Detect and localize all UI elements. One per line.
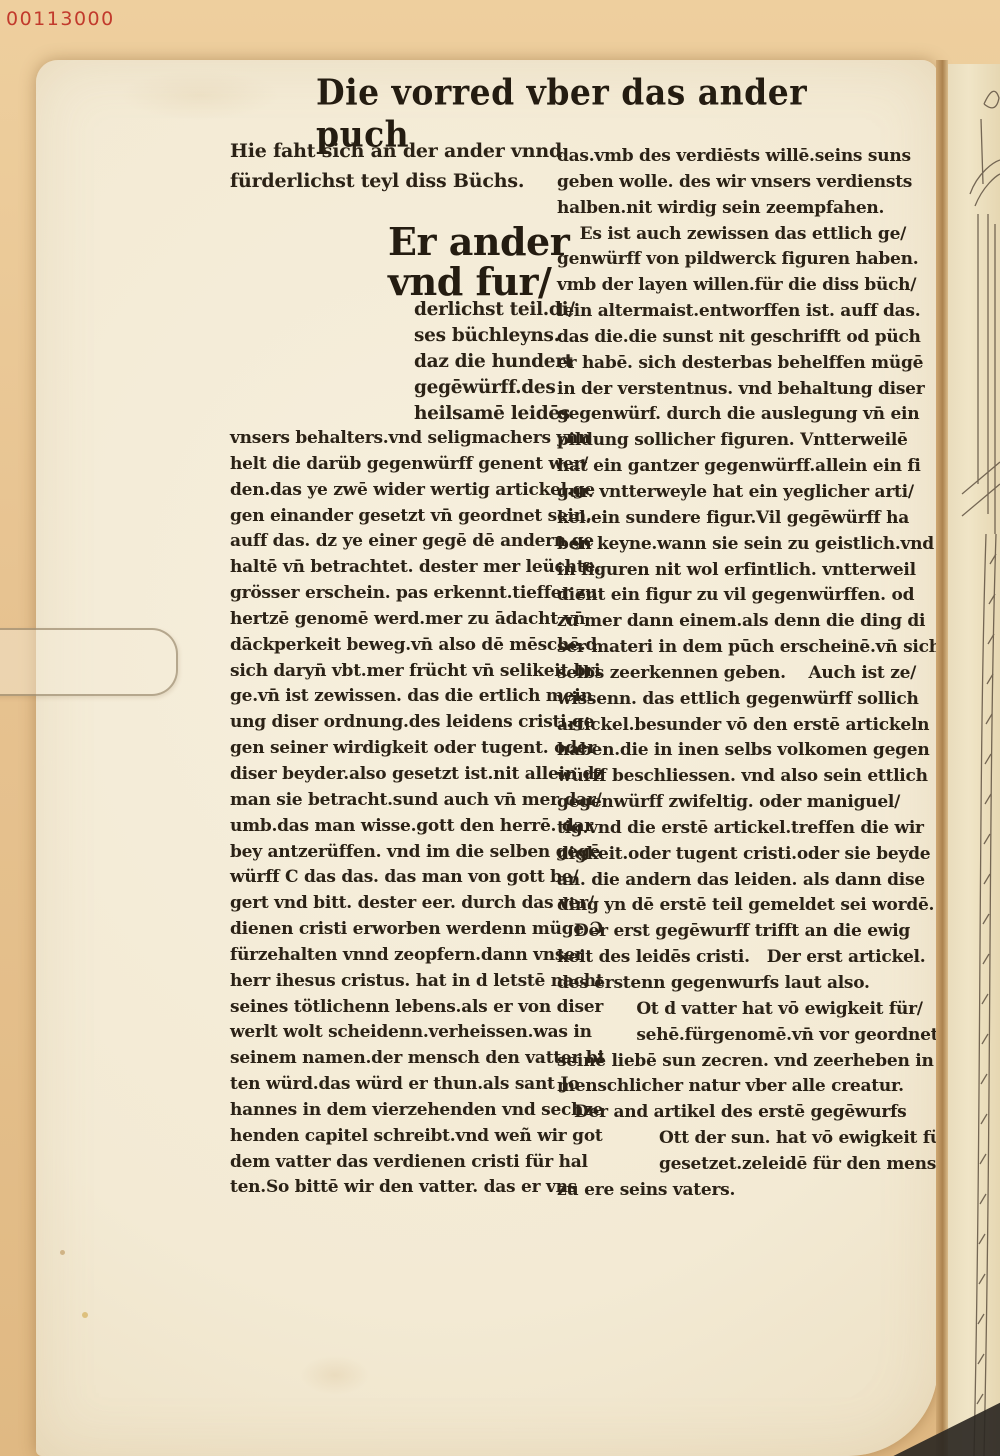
- text-line: dienen cristi erworben werdenn müge Ɔ: [230, 917, 560, 943]
- text-line: gur. vntterweyle hat ein yeglicher arti/: [557, 480, 909, 506]
- paper-stain: [848, 640, 852, 644]
- text-line: tig.vnd die erstē artickel.treffen die w…: [557, 816, 909, 842]
- text-line: geben wolle. des wir vnsers verdiensts: [557, 170, 909, 196]
- text-line: ben keyne.wann sie sein zu geistlich.vnd: [557, 532, 909, 558]
- paper-stain: [300, 1355, 370, 1395]
- text-line: Ott der sun. hat vō ewigkeit für: [557, 1126, 909, 1152]
- text-line: menschlicher natur vber alle creatur.: [557, 1074, 909, 1100]
- text-line: gen einander gesetzt vn̄ geordnet sein.: [230, 504, 560, 530]
- text-line: gesetzet.zeleidē für den menschē.: [557, 1152, 909, 1178]
- text-line: des erstenn gegenwurfs laut also.: [557, 971, 909, 997]
- text-line: dem vatter das verdienen cristi für hal: [230, 1150, 560, 1176]
- text-line: Es ist auch zewissen das ettlich ge/: [557, 222, 909, 248]
- paper-stain: [82, 1312, 88, 1318]
- text-line: fürderlichst teyl diss Büchs.: [230, 166, 560, 196]
- text-line: artickel.besunder vō den erstē artickeln: [557, 713, 909, 739]
- text-line: hat ein gantzer gegenwürff.allein ein fi: [557, 454, 909, 480]
- book-page: Die vorred vber das ander puch Hie faht …: [36, 60, 938, 1456]
- text-line: Der erst gegēwurff trifft an die ewig: [557, 919, 909, 945]
- text-line: hertzē genomē werd.mer zu ādacht vn̄: [230, 607, 560, 633]
- text-line: halben.nit wirdig sein zeempfahen.: [557, 196, 909, 222]
- text-line: lein altermaist.entworffen ist. auff das…: [557, 299, 909, 325]
- paper-stain: [60, 1250, 65, 1255]
- text-line: gegenwürf. durch die auslegung vn̄ ein: [557, 402, 909, 428]
- text-line: auff das. dz ye einer gegē dē andern ge: [230, 529, 560, 555]
- text-line: haben.die in inen selbs volkomen gegen: [557, 738, 909, 764]
- text-line: pildung sollicher figuren. Vntterweilē: [557, 428, 909, 454]
- text-line: vnsers behalters.vnd seligmachers ynn: [230, 426, 560, 452]
- text-line: wissenn. das ettlich gegenwürff sollich: [557, 687, 909, 713]
- text-line: bey antzerüffen. vnd im die selben gegē: [230, 840, 560, 866]
- text-line: diser beyder.also gesetzt ist.nit allein…: [230, 762, 560, 788]
- text-line: helt die darüb gegenwürff genent wer/: [230, 452, 560, 478]
- text-line: würff beschliessen. vnd also sein ettlic…: [557, 764, 909, 790]
- text-line: er habē. sich desterbas behelffen mügē: [557, 351, 909, 377]
- text-line: kel.ein sundere figur.Vil gegēwürff ha: [557, 506, 909, 532]
- text-line: genwürff von pildwerck figuren haben.: [557, 247, 909, 273]
- text-line: grösser erschein. pas erkennt.tieffer zu: [230, 581, 560, 607]
- text-line: henden capitel schreibt.vnd weñ wir got: [230, 1124, 560, 1150]
- text-line: haltē vn̄ betrachtet. dester mer leüchte…: [230, 555, 560, 581]
- text-line: ser materi in dem pūch erscheinē.vn̄ sic…: [557, 635, 909, 661]
- text-line: an. die andern das leiden. als dann dise: [557, 868, 909, 894]
- paper-stain: [120, 70, 280, 120]
- text-line: in der verstentnus. vnd behaltung diser: [557, 377, 909, 403]
- text-line: vmb der layen willen.für die diss büch/: [557, 273, 909, 299]
- text-line: hannes in dem vierzehenden vnd sechze: [230, 1098, 560, 1124]
- text-line: digkeit.oder tugent cristi.oder sie beyd…: [557, 842, 909, 868]
- text-line: seines tötlichenn lebens.als er von dise…: [230, 995, 560, 1021]
- next-page-sliver: [948, 64, 1000, 1456]
- text-line: werlt wolt scheidenn.verheissen.was in: [230, 1020, 560, 1046]
- text-line: würff C das das. das man von gott be/: [230, 865, 560, 891]
- text-line: ten.So bittē wir den vatter. das er vns: [230, 1175, 560, 1201]
- text-line: dāckperkeit beweg.vn̄ also dē mēschē.d: [230, 633, 560, 659]
- text-line: seinē liebē sun zecren. vnd zeerheben in: [557, 1049, 909, 1075]
- text-line: zu mer dann einem.als denn die ding di: [557, 609, 909, 635]
- text-line: ten würd.das würd er thun.als sant Jo: [230, 1072, 560, 1098]
- text-line: das.vmb des verdiēsts willē.seins suns: [557, 144, 909, 170]
- text-line: seinem namen.der mensch den vatter bi: [230, 1046, 560, 1072]
- blank-dropcap-space: [230, 228, 386, 424]
- page-edge-gap: [936, 60, 948, 1456]
- text-line: ding yn dē erstē teil gemeldet sei wordē…: [557, 893, 909, 919]
- left-text-column: vnsers behalters.vnd seligmachers ynnhel…: [230, 426, 560, 1201]
- text-line: zu ere seins vaters.: [557, 1178, 909, 1204]
- text-line: Ot d vatter hat vō ewigkeit für/: [557, 997, 909, 1023]
- text-line: gegenwürff zwifeltig. oder maniguel/: [557, 790, 909, 816]
- text-line: in figuren nit wol erfintlich. vntterwei…: [557, 558, 909, 584]
- text-line: herr ihesus cristus. hat in d letstē nac…: [230, 969, 560, 995]
- right-text-column: das.vmb des verdiēsts willē.seins sunsge…: [557, 144, 909, 1204]
- text-line: dient ein figur zu vil gegenwürffen. od: [557, 583, 909, 609]
- text-line: gen seiner wirdigkeit oder tugent. oder: [230, 736, 560, 762]
- text-line: selbs zeerkennen geben. Auch ist ze/: [557, 661, 909, 687]
- text-line: ung diser ordnung.des leidens cristi.ge: [230, 710, 560, 736]
- text-line: man sie betracht.sund auch vn̄ mer dar/: [230, 788, 560, 814]
- scanned-book-photo: { "colors":{ "background_tan":"#e7c391",…: [0, 0, 1000, 1456]
- text-line: das die.die sunst nit geschrifft od püch: [557, 325, 909, 351]
- text-line: umb.das man wisse.gott den herrē. dar: [230, 814, 560, 840]
- text-line: gert vnd bitt. dester eer. durch das ver…: [230, 891, 560, 917]
- text-line: sehē.fürgenomē.vn̄ vor geordnet: [557, 1023, 909, 1049]
- text-line: Hie faht sich an der ander vnnd: [230, 136, 560, 166]
- text-line: den.das ye zwē wider wertig artickel.ge: [230, 478, 560, 504]
- text-line: Der and artikel des erstē gegēwurfs: [557, 1100, 909, 1126]
- text-line: ge.vn̄ ist zewissen. das die ertlich mei…: [230, 684, 560, 710]
- woodcut-edge-art: [948, 64, 1000, 1456]
- archive-id-stamp: 00113000: [6, 8, 115, 30]
- text-line: fürzehalten vnnd zeopfern.dann vnser: [230, 943, 560, 969]
- incipit-lines: Hie faht sich an der ander vnndfürderlic…: [230, 136, 560, 196]
- vellum-index-tab: [0, 628, 178, 696]
- text-line: sich daryn̄ vbt.mer frücht vn̄ selikeit …: [230, 659, 560, 685]
- text-line: keit des leidēs cristi. Der erst articke…: [557, 945, 909, 971]
